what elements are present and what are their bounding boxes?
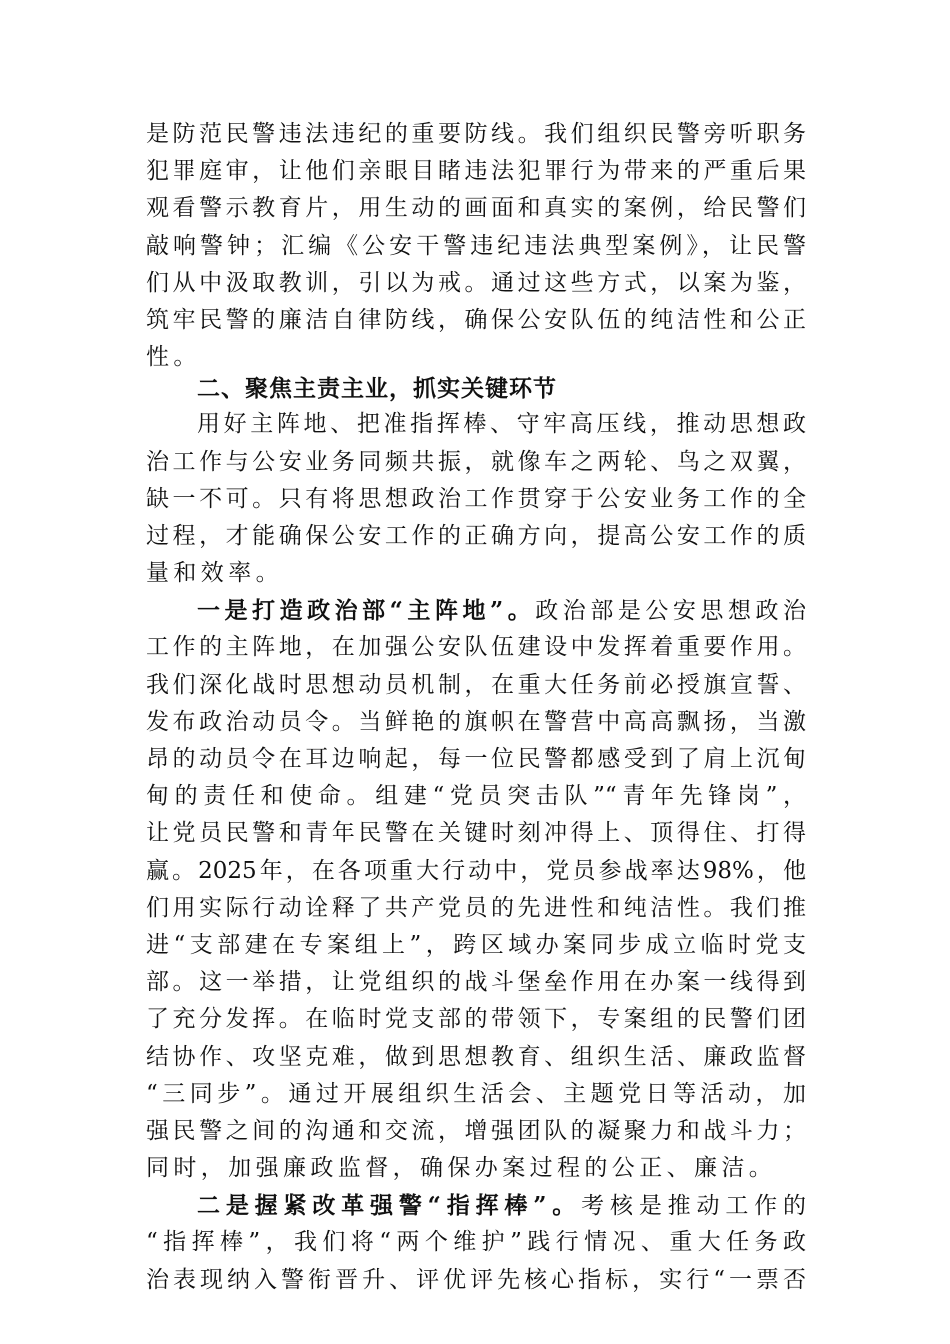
- text-line: 敲响警钟；汇编《公安干警违纪违法典型案例》，让民警: [146, 228, 806, 265]
- text-line: 治工作与公安业务同频共振，就像车之两轮、鸟之双翼，: [146, 444, 806, 481]
- text-line: 甸的责任和使命。组建“党员突击队”“青年先锋岗”，: [146, 778, 806, 815]
- runin-heading: 一是打造政治部“主阵地”。: [197, 597, 535, 624]
- text-line: 强民警之间的沟通和交流，增强团队的凝聚力和战斗力；: [146, 1113, 806, 1150]
- text-line: 观看警示教育片，用生动的画面和真实的案例，给民警们: [146, 190, 806, 227]
- text-line: 一是打造政治部“主阵地”。政治部是公安思想政治: [146, 592, 806, 629]
- text-line: 过程，才能确保公安工作的正确方向，提高公安工作的质: [146, 518, 806, 555]
- text-segment: 考核是推动工作的: [581, 1193, 806, 1219]
- text-line: 是防范民警违法违纪的重要防线。我们组织民警旁听职务: [146, 116, 806, 153]
- text-line: 性。: [146, 339, 806, 376]
- text-line: 结协作、攻坚克难，做到思想教育、组织生活、廉政监督: [146, 1039, 806, 1076]
- text-line: 发布政治动员令。当鲜艳的旗帜在警营中高高飘扬，当激: [146, 704, 806, 741]
- paragraph-warning-education: 是防范民警违法违纪的重要防线。我们组织民警旁听职务 犯罪庭审，让他们亲眼目睹违法…: [146, 116, 806, 376]
- paragraph-assessment-baton: 二是握紧改革强警“指挥棒”。考核是推动工作的 “指挥棒”，我们将“两个维护”践行…: [146, 1187, 806, 1299]
- text-line: 工作的主阵地，在加强公安队伍建设中发挥着重要作用。: [146, 629, 806, 666]
- paragraph-political-department: 一是打造政治部“主阵地”。政治部是公安思想政治 工作的主阵地，在加强公安队伍建设…: [146, 592, 806, 1187]
- text-line: 进“支部建在专案组上”，跨区域办案同步成立临时党支: [146, 927, 806, 964]
- text-line: 量和效率。: [146, 555, 806, 592]
- text-line: 部。这一举措，让党组织的战斗堡垒作用在办案一线得到: [146, 964, 806, 1001]
- text-line: 二是握紧改革强警“指挥棒”。考核是推动工作的: [146, 1187, 806, 1224]
- paragraph-section-intro: 用好主阵地、把准指挥棒、守牢高压线，推动思想政 治工作与公安业务同频共振，就像车…: [146, 406, 806, 592]
- text-segment: 政治部是公安思想政治: [535, 598, 806, 624]
- runin-heading: 二是握紧改革强警“指挥棒”。: [197, 1192, 581, 1219]
- text-line: 我们深化战时思想动员机制，在重大任务前必授旗宣誓、: [146, 667, 806, 704]
- text-line: 让党员民警和青年民警在关键时刻冲得上、顶得住、打得: [146, 815, 806, 852]
- text-line: 缺一不可。只有将思想政治工作贯穿于公安业务工作的全: [146, 481, 806, 518]
- text-line: 了充分发挥。在临时党支部的带领下，专案组的民警们团: [146, 1001, 806, 1038]
- text-line: 治表现纳入警衔晋升、评优评先核心指标，实行“一票否: [146, 1262, 806, 1299]
- text-line: “三同步”。通过开展组织生活会、主题党日等活动，加: [146, 1076, 806, 1113]
- text-line: 用好主阵地、把准指挥棒、守牢高压线，推动思想政: [146, 406, 806, 443]
- text-line: 犯罪庭审，让他们亲眼目睹违法犯罪行为带来的严重后果: [146, 153, 806, 190]
- text-line: 同时，加强廉政监督，确保办案过程的公正、廉洁。: [146, 1150, 806, 1187]
- text-line: 们从中汲取教训，引以为戒。通过这些方式，以案为鉴，: [146, 265, 806, 302]
- text-line: “指挥棒”，我们将“两个维护”践行情况、重大任务政: [146, 1224, 806, 1261]
- text-line: 昂的动员令在耳边响起，每一位民警都感受到了肩上沉甸: [146, 741, 806, 778]
- document-page: 是防范民警违法违纪的重要防线。我们组织民警旁听职务 犯罪庭审，让他们亲眼目睹违法…: [0, 0, 950, 1344]
- document-body: 是防范民警违法违纪的重要防线。我们组织民警旁听职务 犯罪庭审，让他们亲眼目睹违法…: [146, 116, 806, 1299]
- section-heading: 二、聚焦主责主业，抓实关键环节: [146, 373, 806, 406]
- text-line: 赢。2025年，在各项重大行动中，党员参战率达98%，他: [146, 853, 806, 890]
- text-line: 筑牢民警的廉洁自律防线，确保公安队伍的纯洁性和公正: [146, 302, 806, 339]
- text-line: 们用实际行动诠释了共产党员的先进性和纯洁性。我们推: [146, 890, 806, 927]
